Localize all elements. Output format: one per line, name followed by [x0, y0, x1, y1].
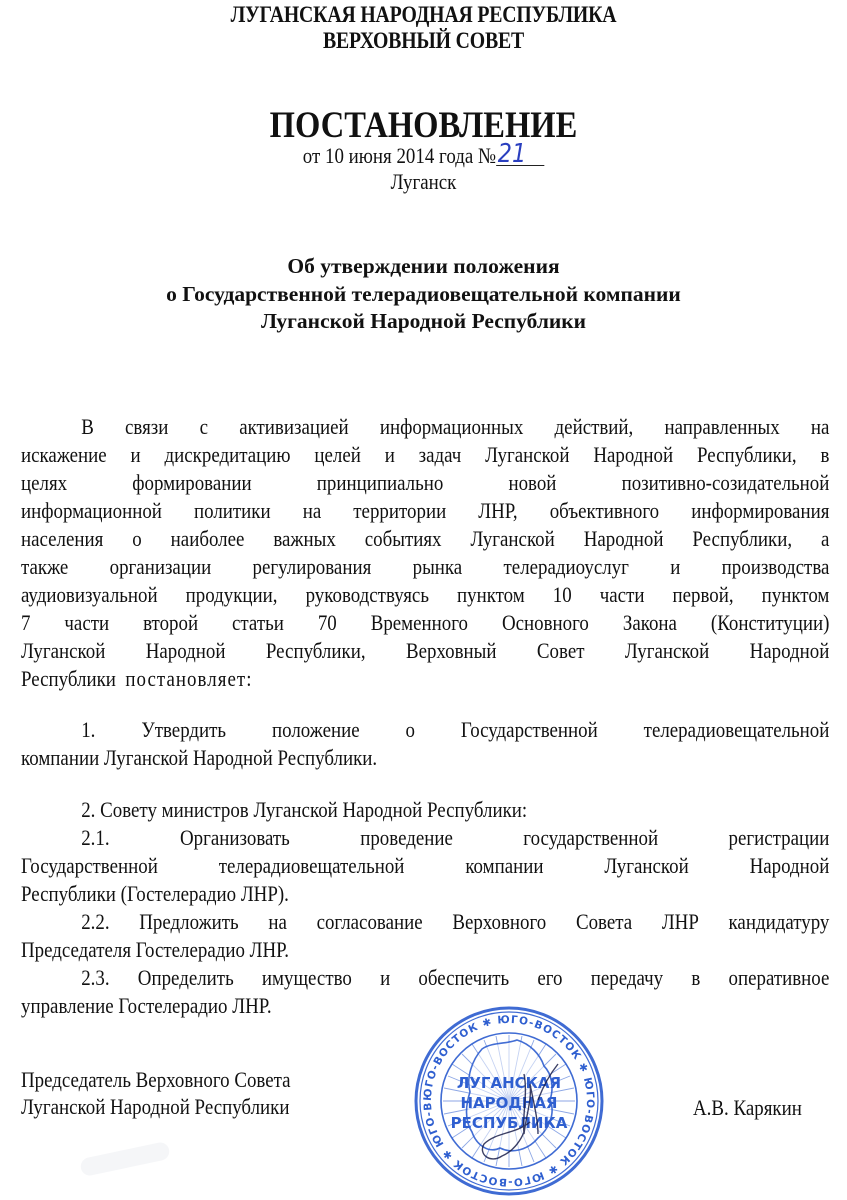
preamble-line: аудиовизуальной продукции, руководствуяс… [21, 581, 829, 609]
item-2-1-line-1: 2.1. Организовать проведение государстве… [21, 824, 829, 852]
item-2-1-line-3: Республики (Гостелерадио ЛНР). [21, 880, 829, 908]
preamble-line: искажение и дискредитацию целей и задач … [21, 441, 829, 469]
signatory-position: Председатель Верховного Совета Луганской… [21, 1066, 291, 1120]
preamble-line: также организации регулирования рынка те… [21, 553, 829, 581]
item-2-2-line-2: Председателя Гостелерадио ЛНР. [21, 936, 829, 964]
stamp-center-line-2: НАРОДНАЯ [461, 1094, 558, 1112]
document-number-handwritten: 21 [496, 143, 544, 166]
signatory-position-line-2: Луганской Народной Республики [21, 1093, 291, 1120]
preamble-last-line: Республики постановляет: [21, 665, 829, 693]
document-type-title: ПОСТАНОВЛЕНИЕ [51, 104, 796, 147]
item-2-2-line-1: 2.2. Предложить на согласование Верховно… [21, 908, 829, 936]
document-date-number: от 10 июня 2014 года №21 [59, 143, 787, 169]
subject-line-2: о Государственной телерадиовещательной к… [0, 282, 847, 307]
document-date: от 10 июня 2014 года № [303, 143, 496, 168]
item-1-line-2: компании Луганской Народной Республики. [21, 744, 829, 772]
signatory-name: А.В. Карякин [693, 1095, 802, 1121]
resolves-word: постановляет: [125, 666, 252, 691]
document-page: ЛУГАНСКАЯ НАРОДНАЯ РЕСПУБЛИКА ВЕРХОВНЫЙ … [0, 0, 847, 1200]
item-2-1-line-2: Государственной телерадиовещательной ком… [21, 852, 829, 880]
signatory-position-line-1: Председатель Верховного Совета [21, 1066, 291, 1093]
subject-line-1: Об утверждении положения [0, 254, 847, 279]
preamble-line: Луганской Народной Республики, Верховный… [21, 637, 829, 665]
stamp-center-line-3: РЕСПУБЛИКА [451, 1114, 568, 1132]
official-stamp-icon: ЮГО-ВОСТОК ✱ ЮГО-ВОСТОК ✱ ЮГО-ВОСТОК ✱ Ю… [412, 1004, 606, 1198]
preamble-line: 7 части второй статьи 70 Временного Осно… [21, 609, 829, 637]
preamble-line: населения о наиболее важных событиях Луг… [21, 525, 829, 553]
item-2-heading: 2. Совету министров Луганской Народной Р… [21, 796, 829, 824]
preamble-line: В связи с активизацией информационных де… [21, 413, 829, 441]
preamble-republic-word: Республики [21, 666, 116, 691]
document-city: Луганск [59, 169, 787, 195]
subject-line-3: Луганской Народной Республики [0, 309, 847, 334]
preamble-line: целях формировании принципиально новой п… [21, 469, 829, 497]
scan-smudge [79, 1141, 171, 1177]
item-2-3-line-1: 2.3. Определить имущество и обеспечить е… [21, 964, 829, 992]
issuer-subtitle: ВЕРХОВНЫЙ СОВЕТ [59, 28, 787, 54]
issuer-title: ЛУГАНСКАЯ НАРОДНАЯ РЕСПУБЛИКА [59, 2, 787, 28]
item-1-line-1: 1. Утвердить положение о Государственной… [21, 716, 829, 744]
preamble-line: информационной политики на территории ЛН… [21, 497, 829, 525]
